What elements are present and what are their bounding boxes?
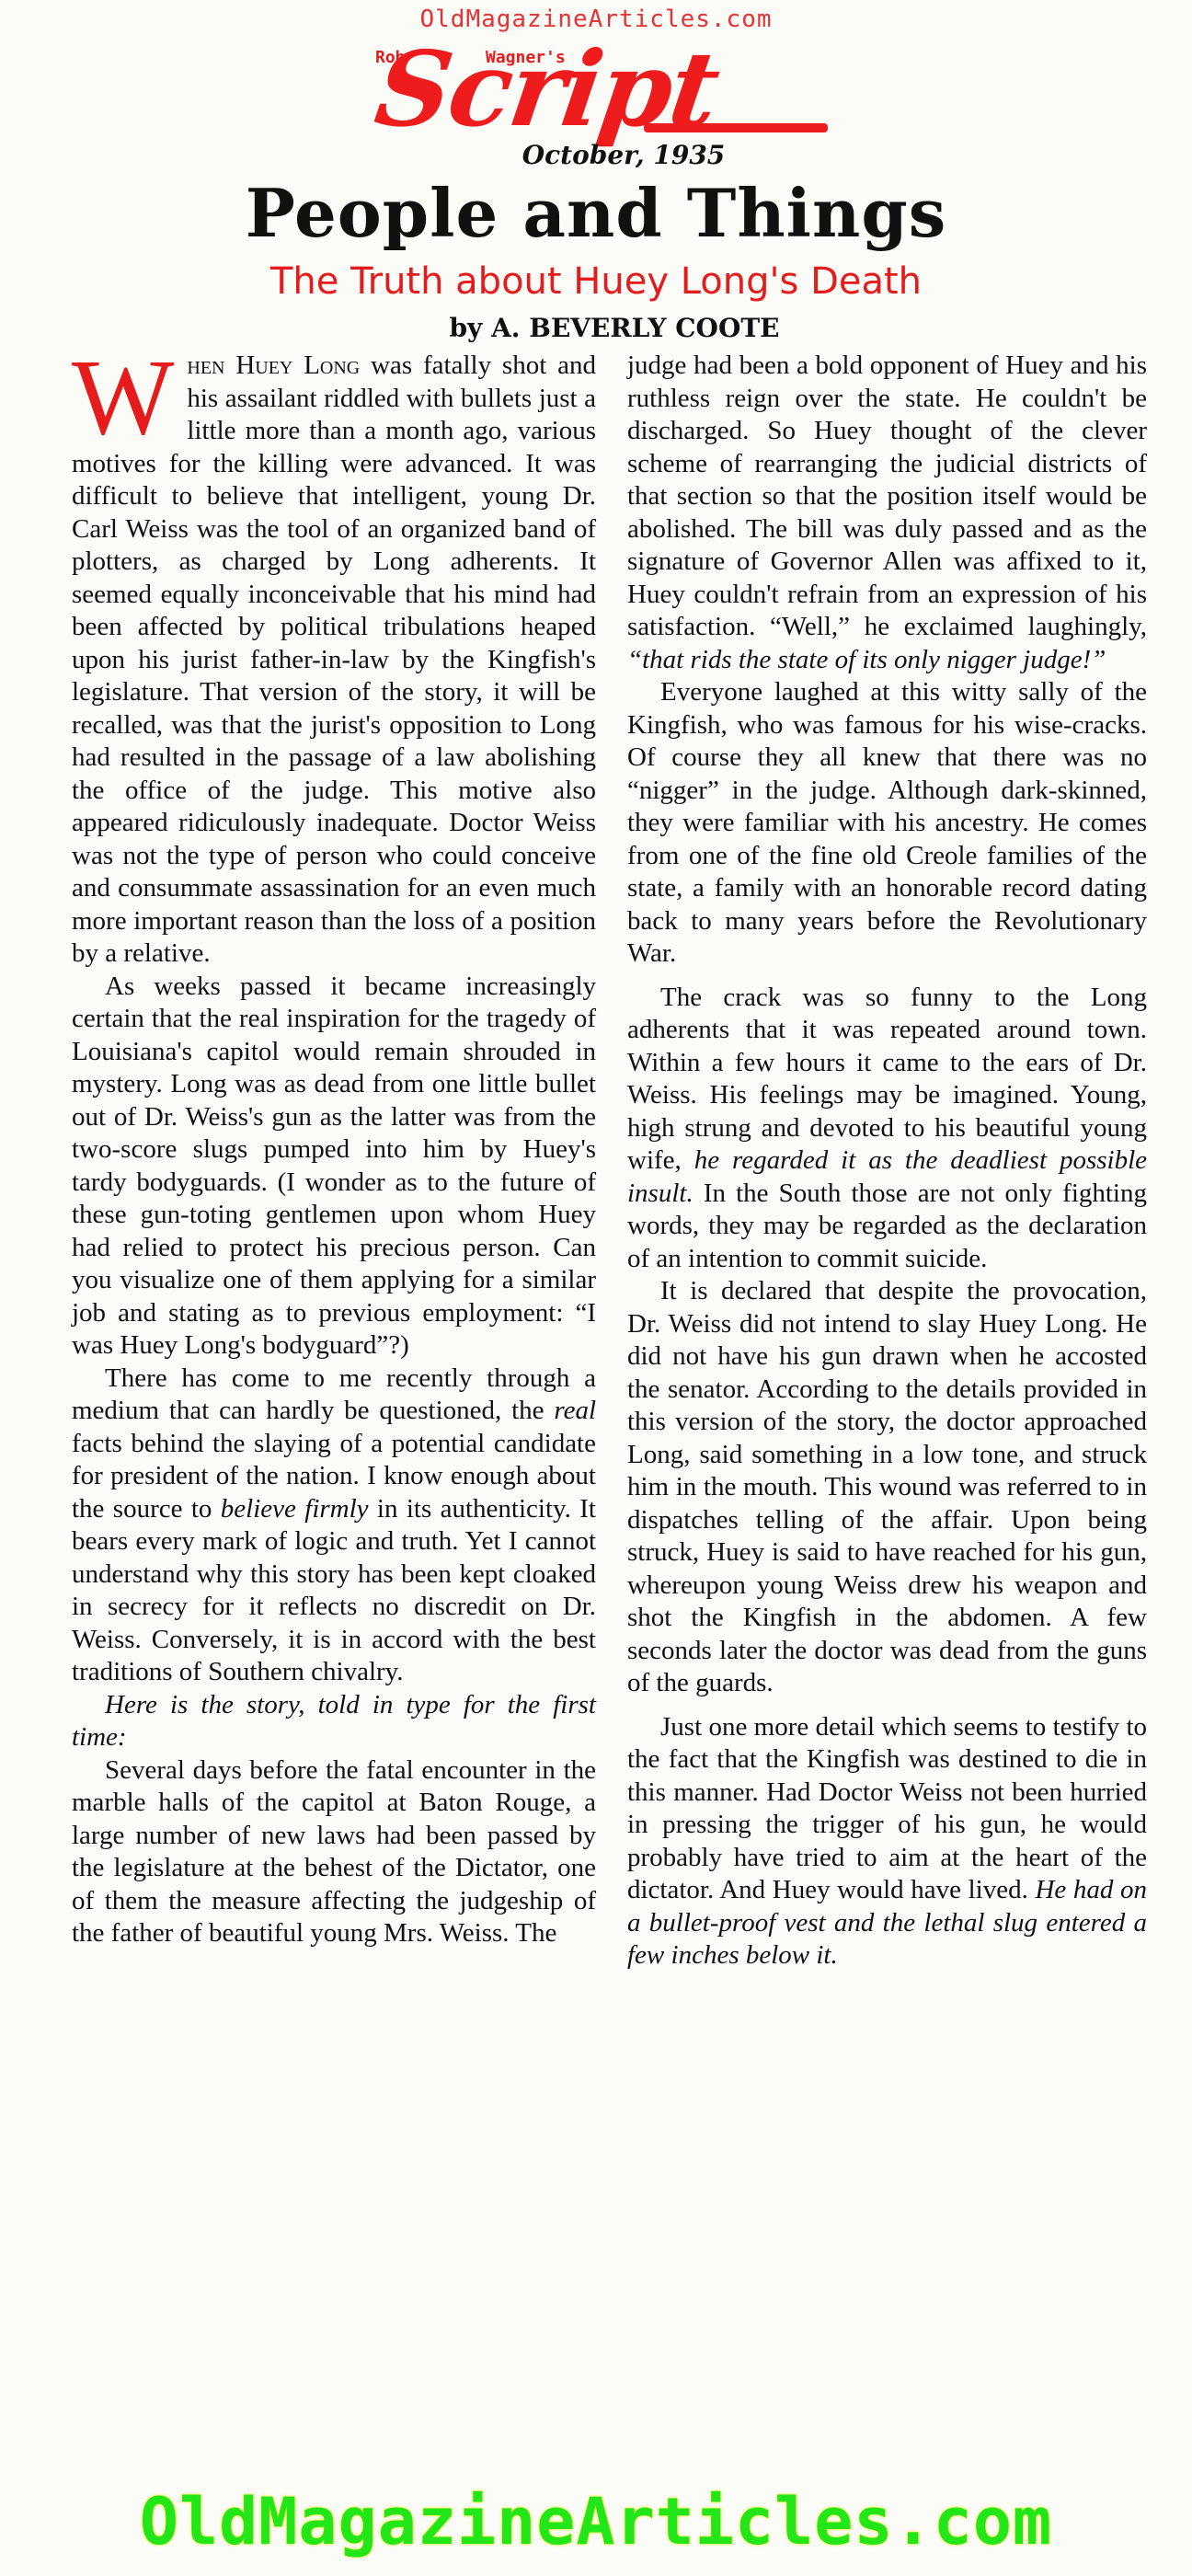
story-intro: Here is the story, told in type for the … — [72, 1689, 596, 1754]
paragraph: Just one more detail which seems to test… — [627, 1711, 1147, 1972]
emphasis-text: real — [554, 1396, 596, 1425]
lead-in-smallcaps: hen Huey Long — [187, 351, 360, 380]
paragraph: When Huey Long was fatally shot and his … — [72, 350, 596, 971]
article-author: by A. BEVERLY COOTE — [0, 313, 1192, 343]
paragraph: The crack was so funny to the Long adher… — [627, 982, 1147, 1276]
paragraph: There has come to me recently through a … — [72, 1363, 596, 1689]
paragraph-text: There has come to me recently through a … — [72, 1363, 596, 1426]
paragraph: Several days before the fatal encounter … — [72, 1754, 596, 1950]
paragraph: It is declared that despite the provocat… — [627, 1275, 1147, 1700]
masthead: Rob Wagner's Script October, 1935 — [0, 39, 1192, 177]
paragraph: judge had been a bold opponent of Huey a… — [627, 350, 1147, 676]
emphasis-text: believe firmly — [221, 1494, 369, 1524]
issue-date: October, 1935 — [0, 140, 1192, 170]
site-watermark-bottom: OldMagazineArticles.com — [0, 2484, 1192, 2559]
quote-text: “that rids the state of its only nigger … — [627, 645, 1106, 674]
article-column-left: When Huey Long was fatally shot and his … — [72, 350, 596, 1950]
article-column-right: judge had been a bold opponent of Huey a… — [627, 350, 1147, 1972]
paragraph-text: judge had been a bold opponent of Huey a… — [627, 351, 1147, 641]
paragraph: As weeks passed it became increasingly c… — [72, 971, 596, 1363]
drop-cap: W — [72, 353, 174, 442]
paragraph-text: In the South those are not only fighting… — [627, 1179, 1147, 1273]
article-subhead: The Truth about Huey Long's Death — [0, 263, 1192, 300]
paragraph: Everyone laughed at this witty sally of … — [627, 676, 1147, 971]
logo-underline-stroke — [644, 123, 828, 132]
article-headline: People and Things — [0, 180, 1192, 247]
